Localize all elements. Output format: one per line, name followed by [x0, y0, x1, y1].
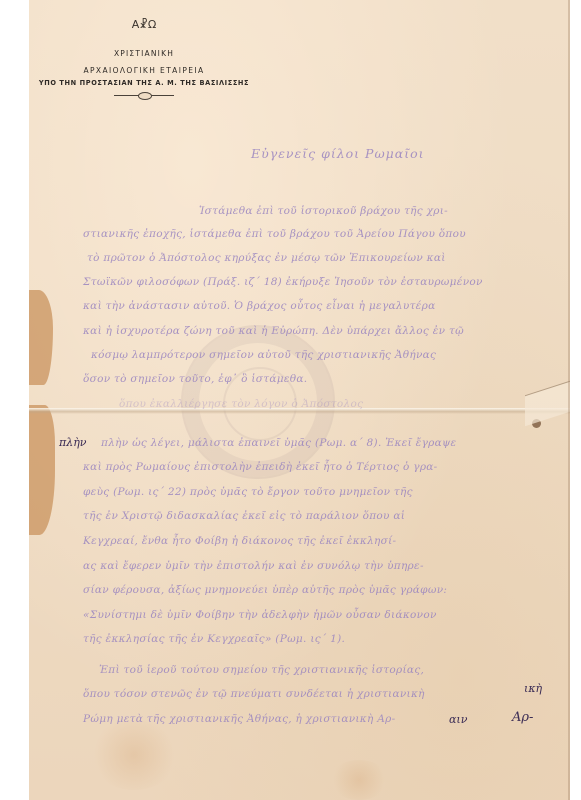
body-line: ας καὶ ἔφερεν ὑμῖν τὴν ἐπιστολήν καὶ ἐν …	[83, 560, 424, 572]
correction-ink: Αρ-	[512, 710, 533, 725]
body-line: «Συνίστημι δὲ ὑμῖν Φοίβην τὴν ἀδελφὴν ἡμ…	[83, 609, 437, 621]
correction-ink: αιν	[449, 713, 467, 726]
letterhead-line-3: ΥΠΟ ΤΗΝ ΠΡΟΣΤΑΣΙΑΝ ΤΗΣ Α. Μ. ΤΗΣ ΒΑΣΙΛΙΣ…	[29, 78, 259, 89]
body-line: ὅσον τὸ σημεῖον τοῦτο, ἐφ᾽ ὃ ἱστάμεθα.	[83, 373, 307, 385]
body-line: στιανικῆς ἐποχῆς, ἱστάμεθα ἐπὶ τοῦ βράχο…	[83, 228, 466, 240]
margin-word: πλὴν	[59, 436, 86, 449]
water-stain	[89, 720, 179, 790]
body-line: Ἐπὶ τοῦ ἱεροῦ τούτου σημείου τῆς χριστια…	[99, 664, 424, 676]
chi-rho-logo-icon: Α☧Ω	[29, 18, 259, 32]
correction-ink: ικὴ	[524, 682, 542, 695]
body-line-faded: ὅπου ἐκαλλιέργησε τὸν λόγον ὁ Ἀπόστολος	[119, 398, 363, 410]
paper-tear	[525, 381, 570, 427]
edge-stain-lower	[29, 405, 55, 535]
letterhead-line-2: ΑΡΧΑΙΟΛΟΓΙΚΗ ΕΤΑΙΡΕΙΑ	[29, 65, 259, 76]
body-line: Στωϊκῶν φιλοσόφων (Πράξ. ιζ΄ 18) ἐκήρυξε…	[83, 276, 483, 288]
ornament-divider	[114, 92, 174, 98]
body-line: καὶ ἡ ἱσχυροτέρα ζώνη τοῦ καὶ ἡ Εὐρώπη. …	[83, 325, 464, 337]
body-line: ὅπου τόσον στενῶς ἐν τῷ πνεύματι συνδέετ…	[83, 688, 425, 700]
body-line: Ἱστάμεθα ἐπὶ τοῦ ἱστορικοῦ βράχου τῆς χρ…	[199, 205, 448, 217]
body-line: καὶ τὴν ἀνάστασιν αὐτοῦ. Ὁ βράχος οὗτος …	[83, 300, 435, 312]
body-line: τῆς ἐν Χριστῷ διδασκαλίας ἐκεῖ εἰς τὸ πα…	[83, 510, 405, 522]
body-line: τῆς ἐκκλησίας τῆς ἐν Κεγχρεαῖς» (Ρωμ. ις…	[83, 633, 345, 645]
letterhead-line-1: ΧΡΙΣΤΙΑΝΙΚΗ	[29, 48, 259, 59]
body-line: σίαν φέρουσα, ἀξίως μνημονεύει ὑπὲρ αὐτῆ…	[83, 584, 447, 596]
letter-paper: Α☧Ω ΧΡΙΣΤΙΑΝΙΚΗ ΑΡΧΑΙΟΛΟΓΙΚΗ ΕΤΑΙΡΕΙΑ ΥΠ…	[29, 0, 570, 800]
body-line: καὶ πρὸς Ρωμαίους ἐπιστολὴν ἐπειδὴ ἐκεῖ …	[83, 461, 438, 473]
edge-stain-upper	[29, 290, 53, 385]
body-line: πλὴν ὡς λέγει, μάλιστα ἐπαινεῖ ὑμᾶς (Ρωμ…	[101, 437, 457, 449]
body-line: Κεγχρεαί, ἔνθα ἦτο Φοίβη ἡ διάκονος τῆς …	[83, 535, 396, 547]
body-line: κόσμῳ λαμπρότερον σημεῖον αὐτοῦ τῆς χρισ…	[91, 349, 436, 361]
letterhead: Α☧Ω ΧΡΙΣΤΙΑΝΙΚΗ ΑΡΧΑΙΟΛΟΓΙΚΗ ΕΤΑΙΡΕΙΑ ΥΠ…	[29, 18, 259, 98]
body-line: τὸ πρῶτον ὁ Ἀπόστολος κηρύξας ἐν μέσῳ τῶ…	[87, 252, 446, 264]
water-stain	[329, 760, 389, 800]
salutation: Εὐγενεῖς φίλοι Ρωμαῖοι	[251, 146, 425, 161]
body-line: Ρώμη μετὰ τῆς χριστιανικῆς Ἀθήνας, ἡ χρι…	[83, 713, 395, 725]
body-line: φεὺς (Ρωμ. ις΄ 22) πρὸς ὑμᾶς τὸ ἔργον το…	[83, 486, 413, 498]
